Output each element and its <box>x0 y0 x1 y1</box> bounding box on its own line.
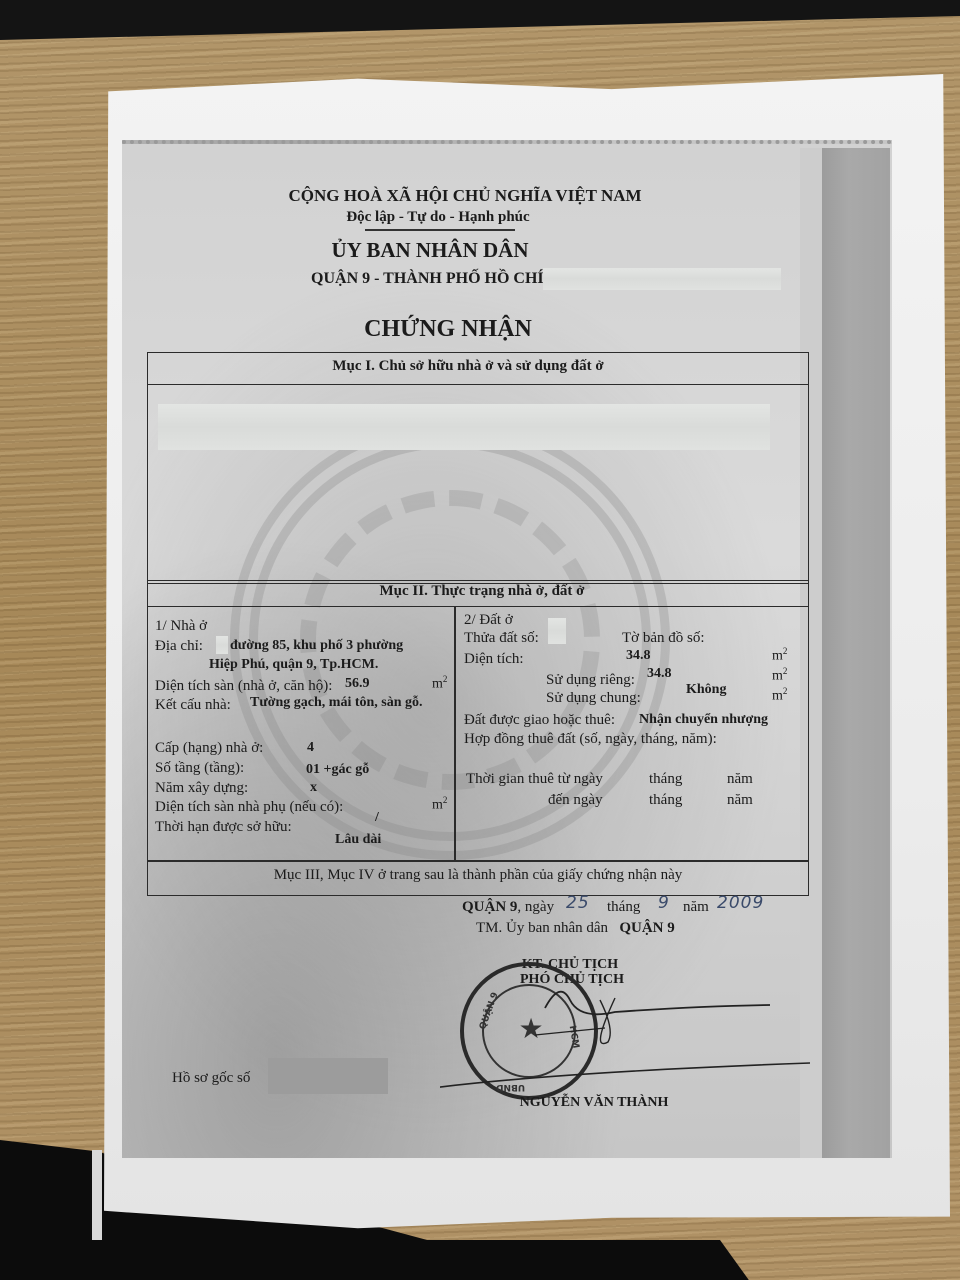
section2-heading: Mục II. Thực trạng nhà ở, đất ở <box>380 583 585 600</box>
shared-use-label: Sử dụng chung: <box>546 690 641 707</box>
area-label: Diện tích: <box>464 651 524 668</box>
redacted-parcel-number <box>548 618 566 644</box>
on-behalf-label: TM. Ủy ban nhân dân <box>476 920 608 936</box>
aux-area-unit: m2 <box>432 795 447 814</box>
issuing-authority: ỦY BAN NHÂN DÂN <box>332 238 529 263</box>
private-use-label: Sử dụng riêng: <box>546 672 635 689</box>
private-use-value: 34.8 <box>647 666 672 682</box>
structure-value: Tường gạch, mái tôn, sàn gỗ. <box>250 695 423 711</box>
unit-text: m <box>772 689 783 704</box>
grade-label: Cấp (hạng) nhà ở: <box>155 740 263 757</box>
private-use-unit: m2 <box>772 666 787 685</box>
section3-note: Mục III, Mục IV ở trang sau là thành phầ… <box>274 867 683 884</box>
aux-area-label: Diện tích sàn nhà phụ (nếu có): <box>155 799 343 816</box>
year-built-value: x <box>310 780 317 796</box>
country-name: CỘNG HOÀ XÃ HỘI CHỦ NGHĨA VIỆT NAM <box>288 186 641 206</box>
allocation-label: Đất được giao hoặc thuê: <box>464 712 615 729</box>
record-number-label: Hồ sơ gốc số <box>172 1070 250 1087</box>
section2-column-divider <box>454 607 456 861</box>
signing-place: QUẬN 9 <box>462 899 517 915</box>
structure-label: Kết cấu nhà: <box>155 697 231 714</box>
address-label: Địa chỉ: <box>155 638 203 655</box>
floor-area-value: 56.9 <box>345 676 370 692</box>
redacted-house-number <box>216 636 228 654</box>
parcel-label: Thửa đất số: <box>464 630 539 647</box>
aux-area-value: / <box>375 810 379 826</box>
lease-from-month-label: tháng <box>649 771 682 788</box>
unit-text: m <box>432 677 443 692</box>
floor-area-label: Diện tích sàn (nhà ở, căn hộ): <box>155 678 332 695</box>
grade-value: 4 <box>307 740 314 756</box>
signing-date-line: QUẬN 9, ngày <box>462 899 554 916</box>
motto-underline <box>365 229 515 231</box>
handwritten-month: 9 <box>658 893 670 913</box>
land-label: 2/ Đất ở <box>464 612 513 629</box>
lease-to-month-label: tháng <box>649 792 682 809</box>
month-label: tháng <box>607 899 640 916</box>
lease-to-label: đến ngày <box>548 792 603 809</box>
day-label: , ngày <box>517 899 554 915</box>
address-line2: Hiệp Phú, quận 9, Tp.HCM. <box>209 657 378 673</box>
redacted-owner-info <box>158 404 770 450</box>
shared-use-unit: m2 <box>772 686 787 705</box>
floors-value: 01 +gác gỗ <box>306 762 369 778</box>
year-label: năm <box>683 899 709 916</box>
unit-text: m <box>772 669 783 684</box>
map-sheet-label: Tờ bản đồ số: <box>622 630 705 647</box>
signer-name: NGUYỄN VĂN THÀNH <box>520 1095 669 1111</box>
section1-table <box>147 352 809 584</box>
on-behalf-line: TM. Ủy ban nhân dân QUẬN 9 <box>476 920 675 937</box>
allocation-value: Nhận chuyển nhượng <box>639 712 768 728</box>
lease-contract-label: Hợp đồng thuê đất (số, ngày, tháng, năm)… <box>464 731 717 748</box>
lease-from-year-label: năm <box>727 771 753 788</box>
handwritten-year: 2009 <box>717 893 764 913</box>
paper-stack-edge <box>92 1150 102 1240</box>
year-built-label: Năm xây dựng: <box>155 780 248 797</box>
unit-text: m <box>772 649 783 664</box>
photocopy-shadow-band <box>822 148 890 1158</box>
seal-text-bottom: UBND <box>496 1082 525 1092</box>
ownership-term-value: Lâu dài <box>335 832 381 848</box>
handwritten-day: 25 <box>566 893 590 913</box>
area-unit: m2 <box>772 646 787 665</box>
shared-use-value: Không <box>686 682 726 698</box>
national-motto: Độc lập - Tự do - Hạnh phúc <box>346 209 529 226</box>
lease-to-year-label: năm <box>727 792 753 809</box>
redacted-record-number <box>268 1058 388 1094</box>
ownership-term-label: Thời hạn được sở hữu: <box>155 819 292 836</box>
document-title: CHỨNG NHẬN <box>364 316 532 343</box>
official-seal: ★ QUẬN 9 HCM UBND <box>460 962 598 1100</box>
area-value: 34.8 <box>626 648 651 664</box>
house-label: 1/ Nhà ở <box>155 618 207 635</box>
address-line1: đường 85, khu phố 3 phường <box>230 638 403 654</box>
floors-label: Số tầng (tầng): <box>155 760 244 777</box>
on-behalf-district: QUẬN 9 <box>619 920 674 936</box>
redacted-area-header <box>543 268 781 290</box>
unit-text: m <box>432 798 443 813</box>
star-emblem-icon: ★ <box>516 1014 546 1044</box>
section1-heading: Mục I. Chủ sở hữu nhà ở và sử dụng đất ở <box>332 358 603 375</box>
floor-area-unit: m2 <box>432 674 447 693</box>
lease-from-label: Thời gian thuê từ ngày <box>466 771 603 788</box>
